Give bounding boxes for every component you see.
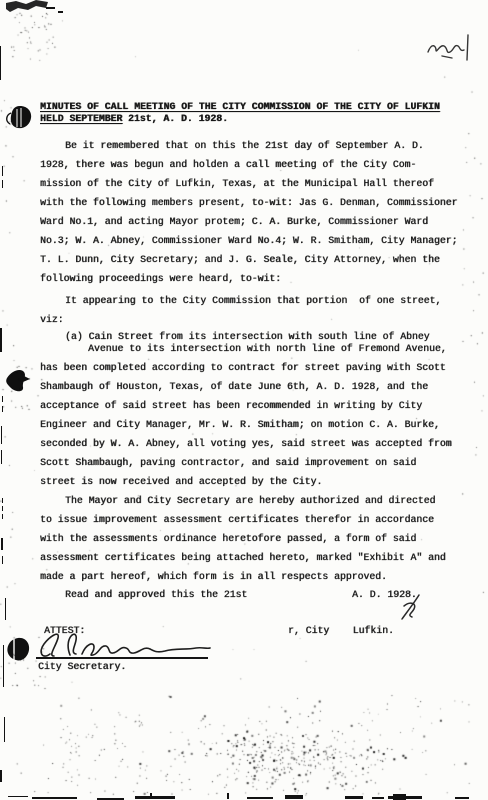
scan-artifact-bar xyxy=(2,166,3,176)
heading-line-1: MINUTES OF CALL MEETING OF THE CITY COMM… xyxy=(40,101,440,112)
item-a-line: Avenue to its intersection with north li… xyxy=(88,343,447,354)
scan-artifact-bar xyxy=(32,797,77,799)
scan-artifact-bar xyxy=(1,538,3,550)
body-line: with the following members present, to-w… xyxy=(40,197,457,208)
scan-artifact-bar xyxy=(4,717,5,742)
document-page: MINUTES OF CALL MEETING OF THE CITY COMM… xyxy=(0,0,488,800)
body-line: Shambaugh of Houston, Texas, of date Jun… xyxy=(40,381,428,392)
scan-artifact-bar xyxy=(2,514,3,519)
body-line: seconded by W. A. Abney, all voting yes,… xyxy=(40,438,452,449)
scan-artifact-bar xyxy=(2,406,3,412)
scan-artifact-bar xyxy=(372,797,384,799)
scan-artifact-bar xyxy=(3,645,4,687)
item-a-line: (a) Cain Street from its intersection wi… xyxy=(65,331,430,342)
body-line: Ward No.1, and acting Mayor protem; C. A… xyxy=(40,216,428,227)
scan-artifact-bar xyxy=(247,797,273,799)
scan-artifact-bar xyxy=(46,7,55,9)
body-line: 1928, there was begun and holden a call … xyxy=(40,159,416,170)
scan-artifact-bar xyxy=(1,426,2,444)
body-line: following proceedings were heard, to-wit… xyxy=(40,273,281,284)
scan-artifact-bar xyxy=(0,328,2,352)
scan-artifact-bar xyxy=(8,796,28,797)
heading-line-2: HELD SEPTEMBER xyxy=(40,113,122,124)
body-line: It appearing to the City Commission that… xyxy=(65,295,441,306)
mayor-signature-caption-faded: r, City Lufkin. xyxy=(288,625,394,636)
body-line: viz: xyxy=(40,314,64,325)
body-line: with the assessments ordinance heretofor… xyxy=(40,533,416,544)
scan-artifact-bar xyxy=(1,450,2,464)
scan-artifact-bar xyxy=(2,506,3,511)
scan-artifact-bar xyxy=(0,770,2,782)
scan-artifact-bar xyxy=(227,793,229,799)
scan-artifact-bar xyxy=(0,46,1,80)
body-line: acceptance of said street has been recom… xyxy=(40,400,422,411)
approval-date: A. D. 1928. xyxy=(352,589,417,600)
scan-artifact-bar xyxy=(58,11,63,13)
attest-label: ATTEST: xyxy=(44,625,85,636)
scan-artifact-bar xyxy=(2,498,3,503)
heading-line-2-date: 21st, A. D. 1928. xyxy=(128,113,228,124)
scan-artifact-bar xyxy=(150,793,152,799)
body-line: No.3; W. A. Abney, Commissioner Ward No.… xyxy=(40,235,457,246)
secretary-caption: City Secretary. xyxy=(38,661,126,672)
body-line: T. L. Dunn, City Secretary; and J. G. Se… xyxy=(40,254,440,265)
scan-artifact-bar xyxy=(2,396,3,402)
signature-rule xyxy=(36,657,208,659)
approval-line: Read and approved this the 21st xyxy=(65,589,247,600)
body-line: has been completed according to contract… xyxy=(40,362,446,373)
body-line: Engineer and City Manager, Mr. W. R. Smi… xyxy=(40,419,440,430)
body-line: made a part hereof, which form is in all… xyxy=(40,571,387,582)
body-line: mission of the City of Lufkin, Texas, at… xyxy=(40,178,434,189)
scan-artifact-bar xyxy=(2,180,3,188)
scan-artifact-bar xyxy=(345,796,363,799)
body-line: The Mayor and City Secretary are hereby … xyxy=(65,495,435,506)
body-line: street is now received and accepted by t… xyxy=(40,476,322,487)
body-line: Scott Shambaugh, paving contractor, and … xyxy=(40,457,416,468)
scan-artifact-bar xyxy=(5,598,6,620)
body-line: to issue improvement assessment certific… xyxy=(40,514,434,525)
body-line: Be it remembered that on this the 21st d… xyxy=(65,140,424,151)
scan-artifact-bar xyxy=(135,796,175,799)
body-line: assessment certificates being attached h… xyxy=(40,552,446,563)
scan-artifact-bar xyxy=(285,795,303,799)
scan-artifact-bar xyxy=(393,794,406,800)
scan-artifact-bar xyxy=(2,556,3,564)
typewritten-text: MINUTES OF CALL MEETING OF THE CITY COMM… xyxy=(0,0,488,800)
scan-artifact-bar xyxy=(455,797,469,799)
